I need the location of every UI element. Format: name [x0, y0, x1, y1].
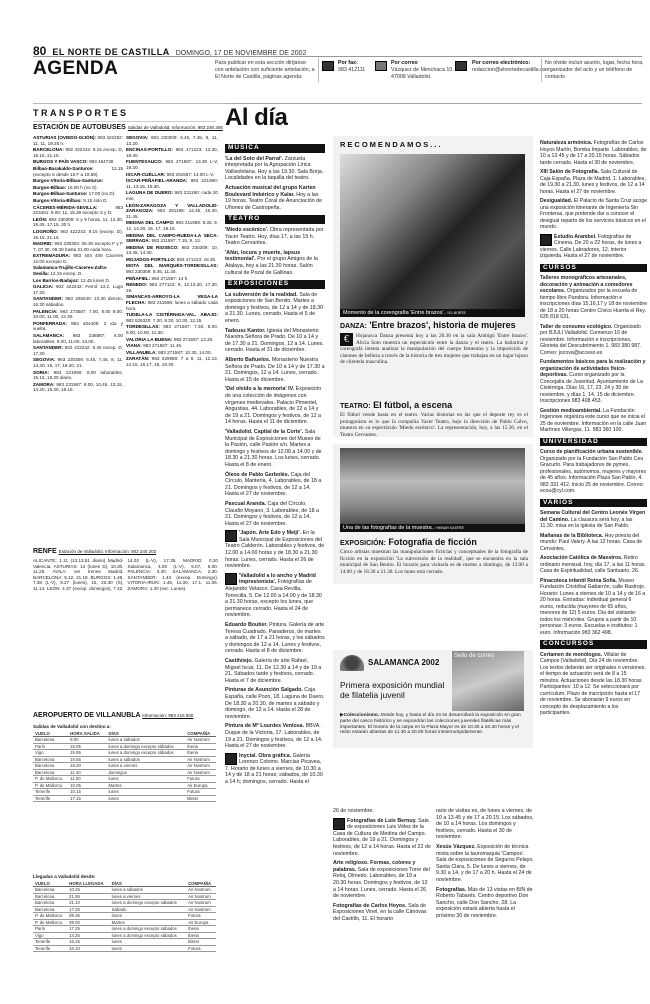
table-cell: 17.15	[68, 795, 106, 802]
bus-route: Burgos-Bilbao-Santurce: 17.00 (no D).	[33, 191, 123, 197]
teatro-title: El fútbol, a escena	[373, 400, 452, 410]
table-cell: Tenerife	[33, 795, 68, 802]
listing-item: Fotografías de Carlos Hoyos. Sala de Exp…	[333, 903, 431, 923]
bus-route: Los Barrios-Badajoz: 12.45 lunes D.	[33, 278, 123, 284]
bus-route: ASTURIAS (OVIEDO-GIJÓN): 983 422292: 11,…	[33, 135, 123, 146]
listing-text: Sala de exposiciones Luis Vélez de la Ca…	[333, 818, 431, 857]
category-label: TEATRO	[225, 215, 325, 224]
route-destination: LEÓN:	[33, 217, 49, 222]
aldia-listings: MÚSICA'La del Soto del Parral'. Zarzuela…	[225, 140, 325, 1000]
bus-route: PONFERRADA: 983 404409: 2 ida y vuelta.	[33, 321, 123, 332]
dance-photo: Momento de la coreografía 'Entre brazos'…	[340, 154, 525, 317]
listing-item: Fotografías. Más de 13 vistas en B/N de …	[436, 887, 534, 920]
category-label: VARIOS	[540, 499, 647, 508]
category-label: MÚSICA	[225, 144, 325, 153]
bus-route: SANTANDER: 902 422242: 9.40 excep. D, 17…	[33, 345, 123, 356]
listing-item: Fundamentos básicos para la realización …	[540, 359, 647, 405]
route-destination: MEDINA DEL CAMPO:	[126, 220, 176, 225]
listing-item: 'Valladolid a lo ancho y Madrid impresio…	[225, 573, 325, 619]
listing-item: Pascual Aranda. Caja del Círculo, Claudi…	[225, 501, 325, 527]
route-destination: SANTANDER:	[33, 296, 65, 301]
exposicion-headline: EXPOSICIÓN: Fotografía de ficción	[340, 537, 477, 547]
listing-title: Tadeusz Kantor.	[225, 328, 266, 334]
table-row: P. de Mallorca09.00MartesAir Europa	[33, 919, 216, 926]
bus-route: VALORIA LA BUENA: 983 271587: 13.30.	[126, 337, 218, 343]
listing-title: 'Japón. Arte Edo y Meiji'.	[239, 530, 301, 536]
route-times: 15.00 h (no S).	[67, 185, 97, 190]
listing-item: Mañanas de la Biblioteca. Hoy poesía del…	[540, 533, 647, 553]
camera-icon	[540, 234, 552, 246]
divider	[225, 103, 642, 104]
camera-icon	[225, 530, 237, 542]
fax-label: Por fax:	[338, 60, 358, 66]
fax-icon	[322, 61, 334, 71]
route-destination: ZARATÁN:	[126, 356, 152, 361]
listing-item: Certamen de monólogos. Villalar de Campo…	[540, 652, 647, 717]
route-destination: LOGROÑO:	[33, 229, 60, 234]
listing-title: Óleos de Pablo Gerbolés.	[225, 472, 289, 478]
route-destination: ENCINAS-PORTILLO:	[126, 147, 176, 152]
route-destination: MADRID:	[33, 241, 54, 246]
route-destination: Burgos-Bilbao-Santurce:	[33, 191, 89, 196]
route-times: 17.00 (no D).	[89, 191, 116, 196]
listing-item: Estudio Arambel. Fotografías de Cinema. …	[540, 234, 647, 260]
arrivals-table: VUELOHORA LLEGADADÍASCOMPAÑÍABarcelona10…	[33, 881, 216, 952]
listing-title: 'La del Soto del Parral'.	[225, 156, 283, 162]
route-destination: FUENTESAUCO:	[126, 159, 165, 164]
bus-route: Salamanca-Trujillo-Cáceres-Zafra-Sevilla…	[33, 265, 123, 276]
listing-item: 'Afán, locura y muerte, lapsus testimoni…	[225, 250, 325, 276]
route-times: 983 230309: 8.45, 11.30.	[126, 269, 177, 274]
route-destination: ZAMORA:	[33, 382, 56, 387]
listing-item: Pintura de Mª Lourdes Venlosa. BBVA. Duq…	[225, 723, 325, 749]
arrivals-title: Llegadas a Valladolid desde:	[33, 874, 96, 880]
airport-info: Información: 983 415 500	[142, 713, 193, 718]
route-times: 9.15 solo D.	[83, 198, 108, 203]
bus-route: VIANA: 983 271587: 11.45.	[126, 343, 218, 349]
table-cell: Futura	[186, 945, 216, 952]
danza-body: €Hojarasca Danza presenta hoy a las 20.3…	[340, 333, 528, 366]
route-destination: PEÑAFIEL:	[126, 276, 152, 281]
route-destination: RENEDO:	[126, 282, 149, 287]
route-destination: BARCELONA:	[33, 147, 65, 152]
listing-item: Xesús Vázquez. Exposición de técnica mix…	[436, 844, 534, 884]
route-destination: ÍSCAR-PEÑAFIEL-ARANDA:	[126, 178, 191, 183]
bus-route: VILLANUBLA: 983 271587: 10.30, 14.00.	[126, 350, 218, 356]
divider	[318, 58, 319, 82]
listing-title: Xesús Vázquez.	[436, 844, 476, 850]
listing-title: Eduardo Boutier.	[225, 622, 268, 628]
route-destination: SALAMANCA:	[33, 333, 73, 338]
recomendamos-heading: RECOMENDAMOS...	[340, 140, 443, 149]
departures-title: Salidas de Valladolid con destino a:	[33, 724, 111, 730]
mail-address: Vázquez de Menchaca 10. 47008 Valladolid…	[391, 67, 454, 80]
bus-route: Burgos-Vitoria-Bilbao-Santurce:	[33, 178, 123, 184]
bus-route: MOJADOS-PORTILLO: 983 471223: 18.30.	[126, 257, 218, 263]
listing-title: La subversión de la realidad.	[225, 292, 298, 298]
route-destination: Burgos-Vitoria-Bilbao-Santurce:	[33, 178, 103, 183]
route-times: 983 471223: 18.30.	[177, 257, 217, 262]
route-destination: SEGOVIA:	[126, 135, 151, 140]
camera-icon	[225, 573, 237, 585]
route-times: 12.45 lunes D.	[80, 278, 110, 283]
category-label: CURSOS	[540, 264, 647, 273]
listing-text: Organizado por la Fundación San Pablo Ce…	[540, 456, 646, 495]
route-destination: VIANA:	[126, 343, 143, 348]
bus-route: MEDINA DEL CAMPO: 983 211598: 8.30, 9, 1…	[126, 220, 218, 231]
bus-route: ENCINAS-PORTILLO: 983 471223: 13.30, 18.…	[126, 147, 218, 158]
listing-title: Certamen de monólogos.	[540, 652, 602, 658]
route-times: 12.15 excep. D.	[50, 271, 82, 276]
listing-item: Talleres monográficos artesanales, decor…	[540, 275, 647, 321]
route-times: 983 454739	[89, 159, 113, 164]
camera-icon	[333, 818, 345, 830]
category-label: UNIVERSIDAD	[540, 438, 647, 447]
bus-station-info: Salidas de Valladolid. Información: 983 …	[128, 125, 223, 130]
table-row: Tenerife17.15lunesBinter	[33, 795, 216, 802]
bus-route: SANTANDER: 983 208240: 10.30 directo, 16…	[33, 296, 123, 307]
expo-label: EXPOSICIÓN:	[340, 540, 386, 547]
listing-title: Curso de planificación urbana sostenible…	[540, 449, 643, 455]
bus-route: TUDELA-LA CISTÉRNIGA-VAL. ABAJO: 983 526…	[126, 312, 218, 323]
route-destination: ISCAR-CUÉLLAR:	[126, 172, 167, 177]
fax-number: 983 412111	[338, 67, 365, 73]
route-destination: SANTANDER:	[33, 345, 65, 350]
bus-route: GALICIA: 902 422242: Ferrol 13.2, Lugo 1…	[33, 284, 123, 295]
listing-text: Museo Fundación Cristóbal Gabarrón, call…	[540, 578, 645, 636]
danza-text: Hojarasca Danza presenta hoy a las 20.30…	[340, 333, 528, 365]
listing-item: Naturaleza armónica. Fotografías de Carl…	[540, 140, 647, 166]
bus-route: ÍSCAR-PEÑAFIEL-ARANDA: 983 221990: 11, 1…	[126, 178, 218, 189]
bus-route: EXTREMADURA: 983 404 409 Cáceres 12.00 e…	[33, 253, 123, 264]
euro-icon: €	[340, 333, 353, 346]
category-label: EXPOSICIONES	[225, 280, 325, 289]
airport-heading: AEROPUERTO DE VILLANUBLA Información: 98…	[33, 712, 193, 719]
route-destination: TORDESILLAS:	[126, 324, 163, 329]
route-destination: VALORIA LA BUENA:	[126, 337, 174, 342]
listing-item: Taller de consumo ecológico. Organizado …	[540, 324, 647, 357]
route-times: 983 271587: 13.30.	[174, 337, 214, 342]
listing-item: 'La del Soto del Parral'. Zarzuela inter…	[225, 156, 325, 182]
table-cell: lunes a domingo excepto sábados	[110, 900, 186, 907]
listing-text: rario de visitas es, de lunes a viernes,…	[436, 808, 533, 840]
listing-item: 'Del olvido a la memoria' IV. Exposición…	[225, 386, 325, 426]
route-destination: TUDELA-LA CISTÉRNIGA-VAL. ABAJO:	[126, 312, 218, 317]
listing-title: 'Miedo escénico'.	[225, 227, 268, 233]
bus-route: SEGOVIA: 983 230309: 6.45, 7.45, 9, 11, …	[126, 135, 218, 146]
listing-item: 26 de noviembre.	[333, 808, 431, 815]
divider	[33, 121, 216, 122]
listing-title: Fotografías de Carlos Hoyos.	[333, 903, 407, 909]
renfe-heading: RENFE Estación de Valladolid. Informació…	[33, 548, 156, 555]
listing-text: En la Sala Municipal de Exposiciones del…	[225, 530, 324, 569]
listing-title: Fotografías de Luis Bernuy.	[347, 818, 417, 824]
salamanca-lead: Coleccionismo.	[344, 713, 379, 718]
listing-title: Alberto Bañuelos.	[225, 357, 270, 363]
listing-title: Estudio Arambel.	[554, 234, 596, 240]
listing-item: Semana Cultural del Centro Leonés Virgen…	[540, 510, 647, 530]
mail-icon	[375, 61, 387, 71]
exhibition-photo: Una de las fotografías de la muestra. / …	[340, 448, 525, 532]
route-destination: Bilbao-Barakaldo-Santurce:	[33, 166, 112, 171]
listing-title: XIII Salón de Fotografía.	[540, 169, 599, 175]
table-cell: lunes a domingo excepto sábados	[110, 926, 186, 933]
table-cell: Tenerife	[33, 945, 67, 952]
photo-caption: Momento de la coreografía 'Entre brazos'…	[340, 309, 525, 317]
listing-title: Mañanas de la Biblioteca.	[540, 533, 603, 539]
listing-title: Pinturas de Asunción Salgado.	[225, 687, 303, 693]
bus-route: Burgos-Bilbao: 15.00 h (no S).	[33, 185, 123, 191]
table-cell: 16.10	[67, 945, 109, 952]
divider	[541, 58, 542, 82]
bus-route: PALENCIA: 983 273587: 7.00, 8.00 9.00, 1…	[33, 309, 123, 320]
fax-info: Por fax:983 412111	[338, 60, 378, 74]
listing-title: Pinacoteca infantil Reina Sofía.	[540, 578, 617, 584]
bus-route: LEÓN: 983 230309: 5 y 9 horas, 11, 14.30…	[33, 217, 123, 228]
bus-route: LEÓN-ZARAGOZA Y VALLADOLID-ZARAGOZA: 983…	[126, 203, 218, 220]
listing-item: 'Valladolid. Capital de la Corte'. Sala …	[225, 429, 325, 469]
listing-item: Eduardo Boutier. Pintura. Galería de art…	[225, 622, 325, 655]
category-label: CONCURSOS	[540, 640, 647, 649]
caption-text: Una de las fotografías de la muestra.	[343, 525, 433, 531]
teatro-headline: TEATRO: El fútbol, a escena	[340, 400, 452, 410]
table-cell: lunes a domingo excepto sábados	[106, 750, 185, 757]
route-destination: GALICIA:	[33, 284, 56, 289]
table-cell: lunes a domingo excepto sábados	[106, 743, 185, 750]
route-times: 983 291587: 14.00 L-V.	[167, 172, 215, 177]
listing-title: Gestión medioambiental.	[540, 408, 602, 414]
table-row: Tenerife16.10lunesFutura	[33, 945, 216, 952]
exhibitions-col-2: rario de visitas es, de lunes a viernes,…	[436, 808, 534, 923]
table-cell: lunes	[110, 945, 186, 952]
route-destination: EXTREMADURA:	[33, 253, 73, 258]
reminder-note: No olvide incluir asunto, lugar, fecha h…	[545, 60, 647, 81]
teatro-text: El fútbol vende hasta en el teatro. Vari…	[340, 412, 528, 438]
bus-route: SORIA: 983 221990: 8.00 laborables, 15.1…	[33, 370, 123, 381]
listing-title: Desigualdad.	[540, 198, 572, 204]
renfe-title: RENFE	[33, 548, 57, 555]
route-times: 983 271587: 14 h.	[152, 276, 189, 281]
bus-route: RENEDO: 983 277123: 9, 12.13.30, 17.30, …	[126, 282, 218, 293]
listing-title: Fotografías.	[436, 887, 466, 893]
expo-title: Fotografía de ficción	[388, 537, 477, 547]
bus-route: LAGUNA DE DUERO: 983 231190: cada 20 min…	[126, 190, 218, 201]
bus-route: SALAMANCA: 983 238887: 8.00 laborables, …	[33, 333, 123, 344]
route-destination: PALENCIA:	[33, 309, 60, 314]
listing-item: Arte religioso. Formas, colores y palabr…	[333, 860, 431, 900]
route-destination: Los Barrios-Badajoz:	[33, 278, 80, 283]
email-info: Por correo electrónico:redaccion@elnorte…	[472, 60, 552, 74]
right-listings: Naturaleza armónica. Fotografías de Carl…	[540, 140, 647, 1000]
renfe-info: Estación de Valladolid. Información: 902…	[59, 549, 156, 554]
bus-route: PEÑAFIEL: 983 271587: 14 h.	[126, 276, 218, 282]
listing-title: 'Del olvido a la memoria' IV.	[225, 386, 294, 392]
route-times: 983 211597: 7.15, 9, 13.	[152, 238, 201, 243]
listing-item: 'Miedo escénico'. Obra representada por …	[225, 227, 325, 247]
route-destination: ASTURIAS (OVIEDO-GIJÓN):	[33, 135, 97, 140]
listing-item: La subversión de la realidad. Sala de ex…	[225, 292, 325, 325]
departures-table: VUELOHORA SALIDADÍASCOMPAÑÍABarcelona8:0…	[33, 731, 216, 802]
email-address[interactable]: redaccion@elnortedecastilla.es	[472, 67, 546, 73]
listing-title: Naturaleza armónica.	[540, 140, 592, 146]
header-rule	[33, 56, 642, 57]
salamanca-headline: Primera exposición mundial de filatelia …	[340, 680, 450, 700]
listing-item: Pinturas de Asunción Salgado. Caja Españ…	[225, 687, 325, 720]
listing-item: rario de visitas es, de lunes a viernes,…	[436, 808, 534, 841]
route-times: 983 271587: 10.30, 14.00.	[158, 350, 212, 355]
route-times: 983 526320: 7.30, 8.30, 10.30, 12.15.	[126, 318, 203, 323]
route-destination: MOJADOS-PORTILLO:	[126, 257, 177, 262]
bus-route: MADRID: 983 230304: 06.30 excepto F y F …	[33, 241, 123, 252]
renfe-schedule: ALICANTE: 1.11 (13.13.51 diario) Madrid-…	[33, 558, 218, 708]
bus-schedule-right: SEGOVIA: 983 230309: 6.45, 7.45, 9, 11, …	[126, 135, 218, 545]
email-label: Por correo electrónico:	[472, 60, 530, 66]
teatro-label: TEATRO:	[340, 403, 371, 410]
listing-item: Actuación musical del grupo Karten Boule…	[225, 185, 325, 211]
bus-route: SIMANCAS-ARROYO-LA VEGA-LA FLECHA: 983 2…	[126, 294, 218, 311]
bus-route: MOTA DEL MARQUÉS-TORDESILLAS: 983 230309…	[126, 263, 218, 274]
stamp-image: Sello de correo	[452, 651, 524, 711]
route-destination: BURGOS Y PAÍS VASCO:	[33, 159, 89, 164]
section-title: AGENDA	[33, 58, 118, 80]
camera-icon	[225, 753, 237, 765]
listing-title: Pascual Aranda.	[225, 501, 266, 507]
listing-item: Óleos de Pablo Gerbolés. Caja del Círcul…	[225, 472, 325, 498]
bus-station-title: ESTACIÓN DE AUTOBUSES	[33, 124, 126, 131]
bus-route: BARCELONA: 902 422242: 9.15 excep. D, 15…	[33, 147, 123, 158]
route-destination: LAGUNA DE DUERO:	[126, 190, 174, 195]
danza-headline: DANZA: 'Entre brazos', historia de mujer…	[340, 320, 516, 330]
route-destination: Burgos-Bilbao:	[33, 185, 67, 190]
listing-item: Curso de planificación urbana sostenible…	[540, 449, 647, 495]
submission-info: Para publicar en esta sección diríjanse …	[215, 60, 315, 81]
listing-item: Alberto Bañuelos. Monasterio Nuestra Señ…	[225, 357, 325, 383]
listing-title: Taller de consumo ecológico.	[540, 324, 613, 330]
listing-text: Sala Municipal de Exposiciones del Museo…	[225, 429, 322, 468]
bus-route: TORDESILLAS: 983 271587: 7.30, 8.00, 9.0…	[126, 324, 218, 335]
photo-credit: / EL NORTE	[447, 311, 466, 315]
bus-route: FUENTESAUCO: 983 271587: 13.30 L-V, 19.3…	[126, 159, 218, 170]
transportes-heading: TRANSPORTES	[33, 108, 129, 118]
salamanca-title: SALAMANCA 2002	[368, 658, 439, 667]
route-destination: PONFERRADA:	[33, 321, 71, 326]
danza-title: 'Entre brazos', historia de mujeres	[369, 320, 515, 330]
photo-credit: / HENAR SASTRE	[435, 526, 464, 530]
bus-route: Bilbao-Barakaldo-Santurce: 12.15 (except…	[33, 166, 123, 177]
exposicion-text: Cinco artistas muestran las manipulacion…	[340, 549, 528, 575]
listing-title: Castilviejo.	[225, 658, 253, 664]
route-destination: Burgos-Vitoria-Bilbao:	[33, 198, 83, 203]
bus-route: ZARATÁN: 983 229980: 7 a 9, 11, 12.13, 1…	[126, 356, 218, 367]
airport-title: AEROPUERTO DE VILLANUBLA	[33, 712, 140, 719]
listing-text: Fotografías de Alejandro Velasco. Casa R…	[225, 579, 322, 618]
bus-route: ZAMORA: 983 231587: 8.00, 10.45, 13.15, …	[33, 382, 123, 393]
table-cell: lunes a domingo excepto sábados	[110, 932, 186, 939]
listing-item: XIII Salón de Fotografía. Sala Cultural …	[540, 169, 647, 195]
mail-label: Por correo	[391, 60, 418, 66]
route-times: 983 271587: 11.45.	[143, 343, 182, 348]
bus-station-heading: ESTACIÓN DE AUTOBUSES Salidas de Vallado…	[33, 124, 223, 131]
bus-route: MEDINA DEL CAMPO-RUEDA-LA SECA-SERRADA: …	[126, 233, 218, 244]
listing-title: Inycial. Obra gráfica.	[239, 753, 291, 759]
listing-item: Gestión medioambiental. La Fundación Ing…	[540, 408, 647, 434]
listing-text: 26 de noviembre.	[333, 808, 374, 814]
bus-route: CÁCERES-MÉRIDA-SEVILLA: 983 223461: 9.00…	[33, 205, 123, 216]
computer-icon	[455, 61, 467, 71]
route-destination: CÁCERES-MÉRIDA-SEVILLA:	[33, 205, 115, 210]
table-cell: Binter	[185, 795, 216, 802]
mail-info: Por correoVázquez de Menchaca 10. 47008 …	[391, 60, 461, 81]
exhibitions-col-1: 26 de noviembre.Fotografías de Luis Bern…	[333, 808, 431, 926]
photo-caption: Una de las fotografías de la muestra. / …	[340, 524, 525, 532]
listing-text: Villalar de Campos (Valladolid). Día 24 …	[540, 652, 646, 717]
bus-route: LOGROÑO: 902 422242: 9.15 (excep. D), 15…	[33, 229, 123, 240]
bus-route: Burgos-Vitoria-Bilbao: 9.15 solo D.	[33, 198, 123, 204]
listing-text: Exposición de una colección de imágenes …	[225, 386, 321, 425]
route-destination: MOTA DEL MARQUÉS-TORDESILLAS:	[126, 263, 218, 268]
route-destination: SORIA:	[33, 370, 54, 375]
bus-route: BURGOS Y PAÍS VASCO: 983 454739	[33, 159, 123, 165]
listing-item: Castilviejo. Galería de arte Rafael, Mig…	[225, 658, 325, 684]
bus-route: SEGOVIA: 983 230309: 6.45, 7.45, 9, 11, …	[33, 357, 123, 368]
bus-route: ISCAR-CUÉLLAR: 983 291587: 14.00 L-V.	[126, 172, 218, 178]
bus-schedule-left: ASTURIAS (OVIEDO-GIJÓN): 983 422292: 11,…	[33, 135, 123, 545]
listing-item: Pinacoteca infantil Reina Sofía. Museo F…	[540, 578, 647, 637]
table-cell: lunes	[106, 795, 185, 802]
caption-text: Momento de la coreografía 'Entre brazos'…	[343, 310, 445, 316]
route-destination: VILLANUBLA:	[126, 350, 158, 355]
bus-route: MEDINA DE RIOSECO: 983 230309: 10, 13.45…	[126, 245, 218, 256]
listing-item: Inycial. Obra gráfica. Galería Lorenzo C…	[225, 753, 325, 786]
listing-item: Fotografías de Luis Bernuy. Sala de expo…	[333, 818, 431, 858]
listing-title: 'Valladolid. Capital de la Corte'.	[225, 429, 303, 435]
listing-item: Asociación Católica de Maestros. Retiro …	[540, 555, 647, 575]
stamp-label: Sello de correo	[452, 651, 524, 661]
listing-title: Pintura de Mª Lourdes Venlosa.	[225, 723, 304, 729]
column-header: HORA LLEGADA	[67, 881, 109, 887]
listing-item: Tadeusz Kantor. Iglesia del Monasterio N…	[225, 328, 325, 354]
route-destination: SEGOVIA:	[33, 357, 58, 362]
route-destination: MEDINA DE RIOSECO:	[126, 245, 182, 250]
salamanca-body: ▶Coleccionismo. Desde hoy, y hasta el dí…	[340, 713, 528, 736]
listing-text: Exposición de técnica mixta sobre la tau…	[436, 844, 534, 883]
listing-item: 'Japón. Arte Edo y Meiji'. En la Sala Mu…	[225, 530, 325, 570]
listing-item: Desigualdad. El Palacio de Santa Cruz ac…	[540, 198, 647, 231]
listing-title: Asociación Católica de Maestros.	[540, 555, 622, 561]
aldia-title: Al día	[225, 104, 287, 132]
danza-label: DANZA:	[340, 323, 367, 330]
